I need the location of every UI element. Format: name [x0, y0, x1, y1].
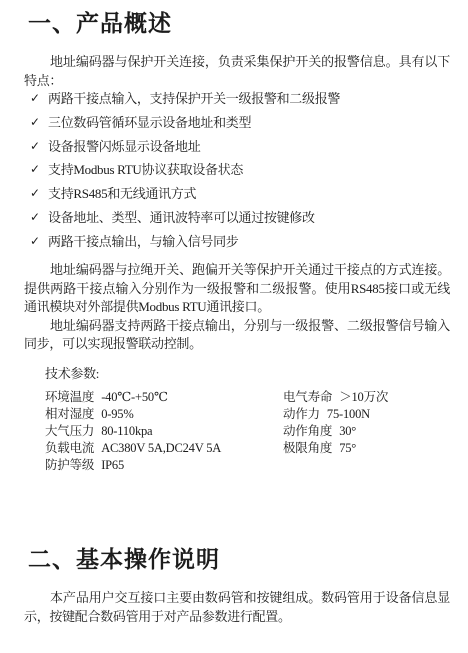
param-label: 极限角度	[283, 440, 332, 457]
param-label: 防护等级	[45, 457, 94, 474]
param-value: IP65	[101, 457, 124, 474]
feature-item: ✓ 三位数码管循环显示设备地址和类型	[30, 111, 450, 135]
param-row: 大气压力 80-110kpa	[45, 423, 221, 440]
param-label: 大气压力	[45, 423, 94, 440]
feature-text: 支持RS485和无线通讯方式	[48, 182, 196, 206]
description-block: 地址编码器与拉绳开关、跑偏开关等保护开关通过干接点的方式连接。提供两路干接点输入…	[24, 261, 450, 354]
param-value: 75-100N	[327, 406, 370, 423]
param-label: 负载电流	[45, 440, 94, 457]
param-label: 动作角度	[283, 423, 332, 440]
checkmark-icon: ✓	[30, 206, 48, 230]
checkmark-icon: ✓	[30, 135, 48, 159]
param-label: 电气寿命	[283, 389, 332, 406]
tech-params-left-column: 环境温度 -40℃-+50℃ 相对湿度 0-95% 大气压力 80-110kpa…	[45, 389, 221, 474]
tech-params-title: 技术参数:	[45, 363, 99, 382]
feature-text: 设备地址、类型、通讯波特率可以通过按键修改	[48, 206, 315, 230]
param-value: -40℃-+50℃	[101, 389, 168, 406]
feature-item: ✓ 支持RS485和无线通讯方式	[30, 182, 450, 206]
feature-item: ✓ 两路干接点输出，与输入信号同步	[30, 230, 450, 254]
feature-item: ✓ 两路干接点输入，支持保护开关一级报警和二级报警	[30, 87, 450, 111]
param-value: 30°	[339, 423, 356, 440]
feature-item: ✓ 支持Modbus RTU协议获取设备状态	[30, 158, 450, 182]
param-row: 防护等级 IP65	[45, 457, 221, 474]
checkmark-icon: ✓	[30, 111, 48, 135]
feature-text: 支持Modbus RTU协议获取设备状态	[48, 158, 243, 182]
feature-list: ✓ 两路干接点输入，支持保护开关一级报警和二级报警 ✓ 三位数码管循环显示设备地…	[30, 87, 450, 254]
checkmark-icon: ✓	[30, 87, 48, 111]
param-row: 相对湿度 0-95%	[45, 406, 221, 423]
param-label: 环境温度	[45, 389, 94, 406]
param-value: 75°	[339, 440, 356, 457]
tech-params-right-column: 电气寿命 ＞10万次 动作力 75-100N 动作角度 30° 极限角度 75°	[283, 389, 388, 457]
param-value: 0-95%	[101, 406, 133, 423]
param-row: 极限角度 75°	[283, 440, 388, 457]
feature-text: 三位数码管循环显示设备地址和类型	[48, 111, 251, 135]
linkage-paragraph: 地址编码器支持两路干接点输出，分别与一级报警、二级报警信号输入同步，可以实现报警…	[24, 317, 450, 354]
checkmark-icon: ✓	[30, 158, 48, 182]
param-row: 动作力 75-100N	[283, 406, 388, 423]
feature-item: ✓ 设备报警闪烁显示设备地址	[30, 135, 450, 159]
connection-paragraph: 地址编码器与拉绳开关、跑偏开关等保护开关通过干接点的方式连接。提供两路干接点输入…	[24, 261, 450, 317]
checkmark-icon: ✓	[30, 230, 48, 254]
intro-paragraph: 地址编码器与保护开关连接，负责采集保护开关的报警信息。具有以下特点：	[24, 53, 450, 90]
feature-item: ✓ 设备地址、类型、通讯波特率可以通过按键修改	[30, 206, 450, 230]
checkmark-icon: ✓	[30, 182, 48, 206]
param-label: 相对湿度	[45, 406, 94, 423]
feature-text: 设备报警闪烁显示设备地址	[48, 135, 200, 159]
section-1-heading: 一、产品概述	[28, 5, 172, 38]
operation-paragraph: 本产品用户交互接口主要由数码管和按键组成。数码管用于设备信息显示，按键配合数码管…	[24, 589, 450, 626]
param-row: 电气寿命 ＞10万次	[283, 389, 388, 406]
param-row: 负载电流 AC380V 5A,DC24V 5A	[45, 440, 221, 457]
section-2-heading: 二、基本操作说明	[28, 541, 220, 574]
feature-text: 两路干接点输出，与输入信号同步	[48, 230, 239, 254]
param-row: 动作角度 30°	[283, 423, 388, 440]
param-value: AC380V 5A,DC24V 5A	[101, 440, 221, 457]
feature-text: 两路干接点输入，支持保护开关一级报警和二级报警	[48, 87, 340, 111]
param-label: 动作力	[283, 406, 320, 423]
document-page: 一、产品概述 地址编码器与保护开关连接，负责采集保护开关的报警信息。具有以下特点…	[0, 0, 468, 653]
param-value: ＞10万次	[339, 389, 388, 406]
param-value: 80-110kpa	[101, 423, 152, 440]
param-row: 环境温度 -40℃-+50℃	[45, 389, 221, 406]
